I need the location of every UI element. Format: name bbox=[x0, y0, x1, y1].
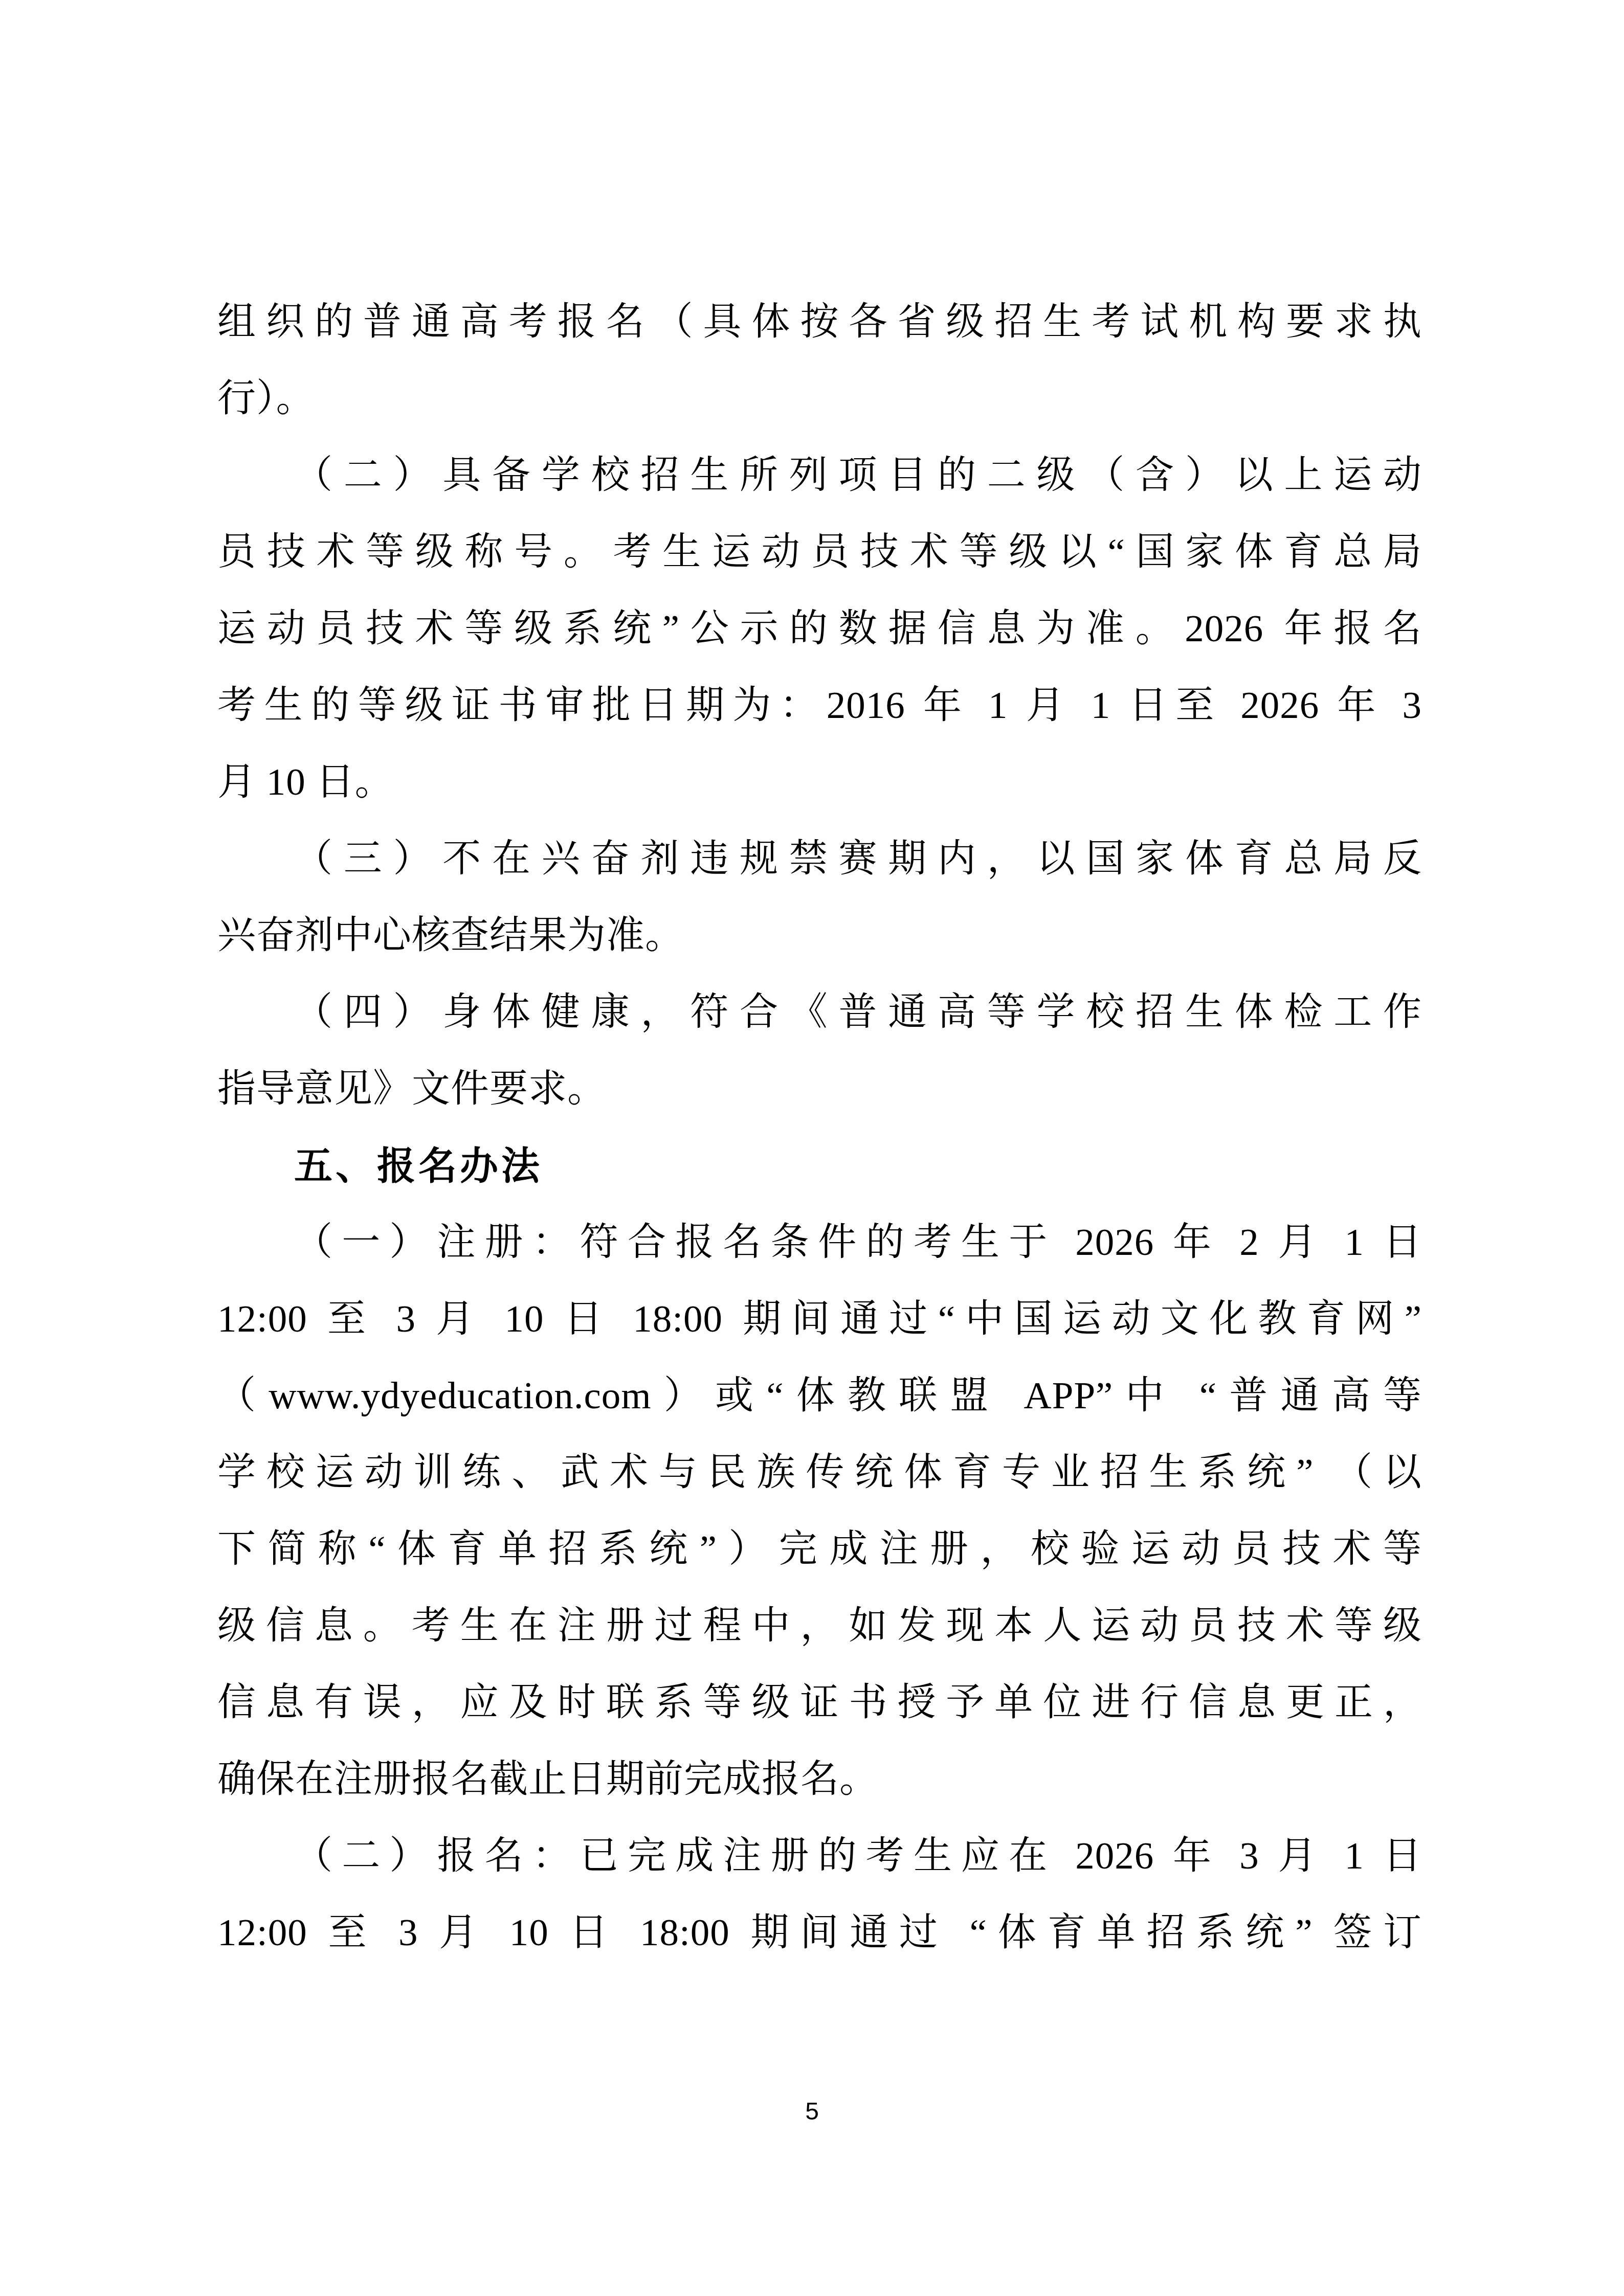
text-line: 级信息。考生在注册过程中，如发现本人运动员技术等级 bbox=[217, 1588, 1422, 1664]
text-line: 组织的普通高考报名（具体按各省级招生考试机构要求执 bbox=[217, 284, 1422, 361]
text-line: 信息有误，应及时联系等级证书授予单位进行信息更正， bbox=[217, 1664, 1422, 1741]
text-line: 指导意见》文件要求。 bbox=[217, 1051, 1422, 1128]
text-line: （四）身体健康，符合《普通高等学校招生体检工作 bbox=[217, 974, 1422, 1051]
text-line: 行）。 bbox=[217, 361, 1422, 437]
text-line: 考生的等级证书审批日期为：2016 年 1 月 1 日至 2026 年 3 bbox=[217, 667, 1422, 744]
page-number: 5 bbox=[0, 2097, 1624, 2127]
document-body: 组织的普通高考报名（具体按各省级招生考试机构要求执行）。（二）具备学校招生所列项… bbox=[217, 284, 1422, 1971]
text-line: 运动员技术等级系统”公示的数据信息为准。2026 年报名 bbox=[217, 591, 1422, 667]
text-line: 12:00 至 3 月 10 日 18:00 期间通过“中国运动文化教育网” bbox=[217, 1281, 1422, 1358]
text-line: 月 10 日。 bbox=[217, 744, 1422, 821]
text-line: 下简称“体育单招系统”）完成注册，校验运动员技术等 bbox=[217, 1511, 1422, 1588]
text-line: （www.ydyeducation.com）或“体教联盟 APP”中 “普通高等 bbox=[217, 1358, 1422, 1434]
text-line: 兴奋剂中心核查结果为准。 bbox=[217, 897, 1422, 974]
document-page: 组织的普通高考报名（具体按各省级招生考试机构要求执行）。（二）具备学校招生所列项… bbox=[0, 0, 1624, 2296]
text-line: 12:00 至 3 月 10 日 18:00 期间通过 “体育单招系统” 签订 bbox=[217, 1895, 1422, 1971]
text-line: 五、报名办法 bbox=[217, 1128, 1422, 1204]
text-line: （一）注册：符合报名条件的考生于 2026 年 2 月 1 日 bbox=[217, 1204, 1422, 1281]
text-line: 学校运动训练、武术与民族传统体育专业招生系统” （以 bbox=[217, 1434, 1422, 1511]
text-line: 确保在注册报名截止日期前完成报名。 bbox=[217, 1741, 1422, 1818]
text-line: （三）不在兴奋剂违规禁赛期内，以国家体育总局反 bbox=[217, 821, 1422, 897]
text-line: 员技术等级称号。考生运动员技术等级以“国家体育总局 bbox=[217, 514, 1422, 591]
text-line: （二）报名：已完成注册的考生应在 2026 年 3 月 1 日 bbox=[217, 1818, 1422, 1895]
text-line: （二）具备学校招生所列项目的二级（含）以上运动 bbox=[217, 437, 1422, 514]
